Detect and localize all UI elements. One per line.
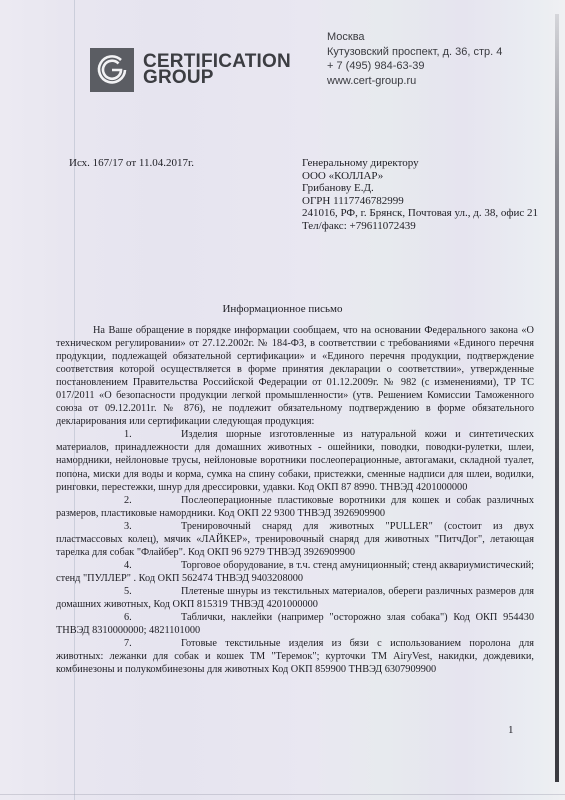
product-list-item: 5.Плетеные шнуры из текстильных материал… xyxy=(56,585,534,611)
intro-paragraph: На Ваше обращение в порядке информации с… xyxy=(56,324,534,428)
logo-line2: Group xyxy=(143,67,214,88)
product-list: 1.Изделия шорные изготовленные из натура… xyxy=(56,428,534,676)
product-list-item: 6.Таблички, наклейки (например "осторожн… xyxy=(56,611,534,637)
company-logo: Certification Group xyxy=(90,48,291,92)
logo-wordmark: Certification Group xyxy=(143,54,291,86)
product-list-item: 2.Послеоперационные пластиковые воротник… xyxy=(56,494,534,520)
letter-body: На Ваше обращение в порядке информации с… xyxy=(56,324,534,676)
outgoing-reference: Исх. 167/17 от 11.04.2017г. xyxy=(69,157,194,169)
product-list-item: 1.Изделия шорные изготовленные из натура… xyxy=(56,428,534,493)
company-city: Москва xyxy=(327,30,502,45)
recipient-name: Грибанову Е.Д. xyxy=(302,182,538,195)
cg-monogram-icon xyxy=(90,48,134,92)
scan-page-edge xyxy=(555,14,559,782)
document-title: Информационное письмо xyxy=(0,303,565,315)
list-item-number: 3. xyxy=(93,520,181,533)
product-list-item: 7.Готовые текстильные изделия из бязи с … xyxy=(56,637,534,676)
list-item-number: 4. xyxy=(93,559,181,572)
list-item-number: 5. xyxy=(93,585,181,598)
recipient-ogrn: ОГРН 1117746782999 xyxy=(302,195,538,208)
list-item-number: 1. xyxy=(93,428,181,441)
product-list-item: 3.Тренировочный снаряд для животных "PUL… xyxy=(56,520,534,559)
list-item-number: 2. xyxy=(93,494,181,507)
company-contact-block: Москва Кутузовский проспект, д. 36, стр.… xyxy=(327,30,502,88)
company-website: www.cert-group.ru xyxy=(327,74,502,89)
recipient-position: Генеральному директору xyxy=(302,157,538,170)
recipient-address: 241016, РФ, г. Брянск, Почтовая ул., д. … xyxy=(302,207,538,220)
company-address: Кутузовский проспект, д. 36, стр. 4 xyxy=(327,45,502,60)
product-list-item: 4.Торговое оборудование, в т.ч. стенд ам… xyxy=(56,559,534,585)
company-phone: + 7 (495) 984-63-39 xyxy=(327,59,502,74)
list-item-number: 7. xyxy=(93,637,181,650)
recipient-phone: Тел/факс: +79611072439 xyxy=(302,220,538,233)
recipient-company: ООО «КОЛЛАР» xyxy=(302,170,538,183)
recipient-block: Генеральному директору ООО «КОЛЛАР» Гриб… xyxy=(302,157,538,233)
page-number: 1 xyxy=(508,724,514,736)
scan-artifact-bottom xyxy=(0,794,565,795)
list-item-number: 6. xyxy=(93,611,181,624)
